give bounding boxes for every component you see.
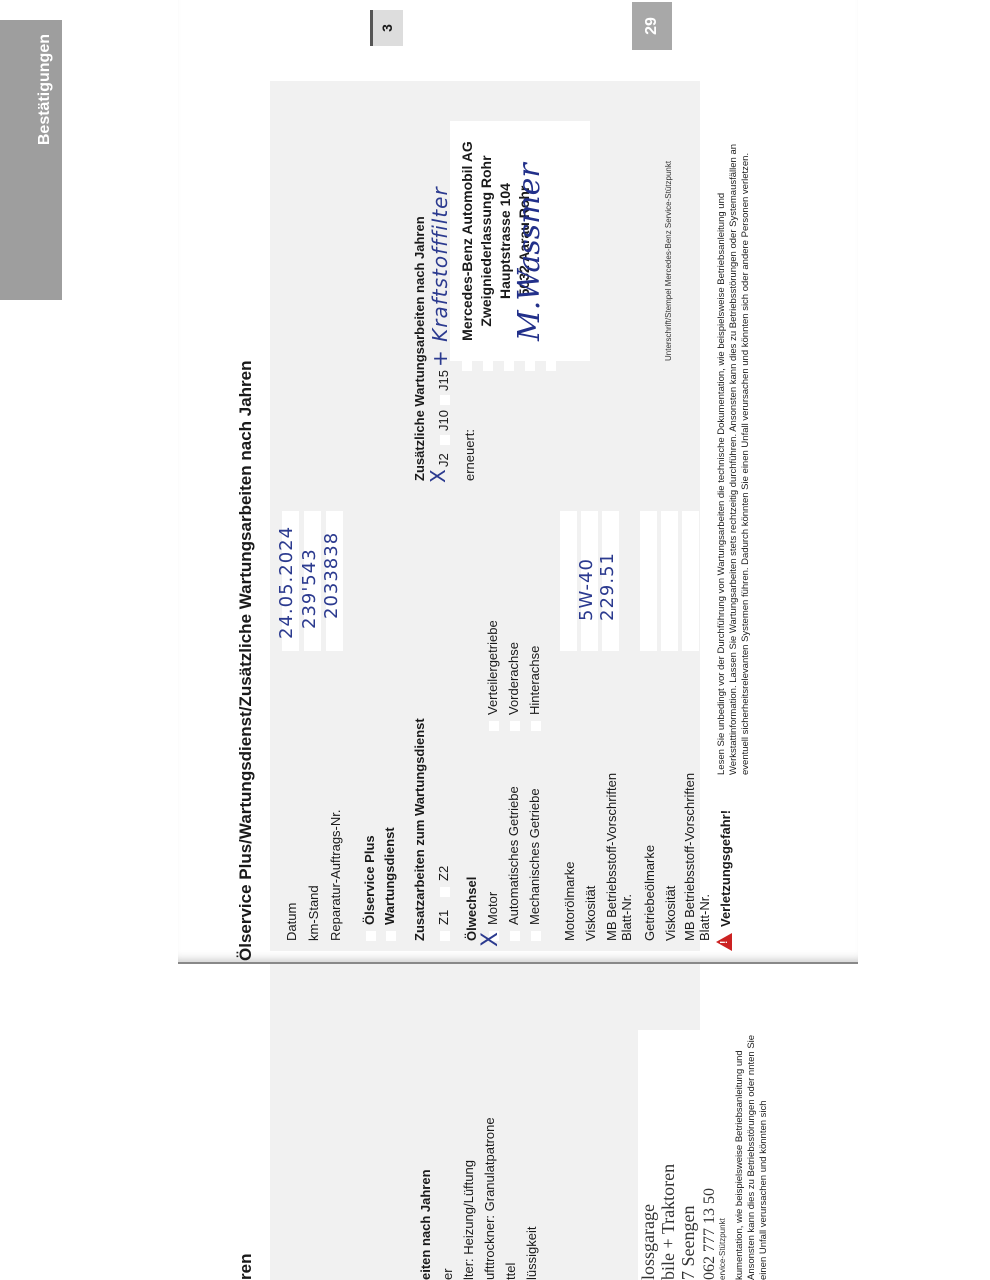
- label-j10: J10: [436, 410, 451, 431]
- warning-title: Verletzungsgefahr!: [718, 810, 733, 927]
- warning-triangle-icon: [716, 933, 732, 951]
- label-km-stand: km-Stand: [306, 885, 321, 941]
- label-auftrags-nr: Reparatur-Auftrags-Nr.: [328, 810, 343, 942]
- luftfilter-checkbox[interactable]: [462, 361, 472, 371]
- stamp-line: Zweigniederlassung Rohr: [477, 121, 496, 361]
- auto-getriebe-checkbox[interactable]: [510, 931, 520, 941]
- section-tab: Bestätigungen: [0, 20, 62, 300]
- oelservice-plus-checkbox[interactable]: [366, 931, 376, 941]
- left-heading-fragment: eiten nach Jahren: [418, 1169, 433, 1280]
- j15-checkbox[interactable]: [440, 395, 450, 405]
- j2-check-mark: X: [426, 468, 450, 483]
- left-item: lüssigkeit: [524, 1227, 539, 1280]
- label-vorderachse: Vorderachse: [506, 642, 521, 715]
- left-item: er: [440, 1268, 455, 1280]
- warning-text: Lesen Sie unbedingt vor der Durchführung…: [716, 135, 752, 775]
- z2-checkbox[interactable]: [440, 887, 450, 897]
- motoroelmarke-field[interactable]: [560, 511, 577, 651]
- scanned-booklet: ren eiten nach Jahren er lter: Heizung/L…: [0, 0, 990, 1280]
- wartungsdienst-checkbox[interactable]: [386, 931, 396, 941]
- datum-value: 24.05.2024: [276, 526, 297, 639]
- motoroel-blatt-value: 229.51: [597, 552, 618, 621]
- auftrags-nr-value: 2033838: [321, 532, 342, 619]
- label-j15: J15: [436, 370, 451, 391]
- label-z1: Z1: [436, 910, 451, 925]
- dealer-stamp: Mercedes-Benz Automobil AG Zweigniederla…: [450, 121, 590, 361]
- chapter-tab: 3: [370, 10, 403, 46]
- label-wartungsdienst: Wartungsdienst: [382, 827, 397, 925]
- left-item: ttel: [503, 1263, 518, 1280]
- left-stamp-caption: ervice-Stützpunkt: [718, 1218, 727, 1280]
- label-motor: Motor: [485, 892, 500, 925]
- label-datum: Datum: [284, 903, 299, 941]
- page-title: Ölservice Plus/Wartungsdienst/Zusätzlich…: [236, 0, 256, 961]
- zusaetzliche-heading: Zusätzliche Wartungsarbeiten nach Jahren: [412, 216, 427, 481]
- label-motoroelmarke: Motorölmarke: [562, 862, 577, 941]
- zusatzarbeiten-heading: Zusatzarbeiten zum Wartungsdienst: [412, 718, 427, 941]
- left-stamp-phone: 062 777 13 50: [700, 1188, 720, 1280]
- oelwechsel-heading: Ölwechsel: [464, 877, 479, 941]
- handwritten-note: + Kraftstofffilter: [428, 186, 452, 367]
- label-z2: Z2: [436, 866, 451, 881]
- z1-checkbox[interactable]: [440, 931, 450, 941]
- label-j2: J2: [436, 453, 451, 467]
- label-hinterachse: Hinterachse: [527, 646, 542, 715]
- left-item: lter: Heizung/Lüftung: [461, 1160, 476, 1280]
- left-warning-fragment: kumentation, wie beispielsweise Betriebs…: [734, 1010, 770, 1280]
- label-motoroel-viskositaet: Viskosität: [583, 886, 598, 941]
- left-page: ren eiten nach Jahren er lter: Heizung/L…: [178, 964, 838, 1280]
- verteilergetriebe-checkbox[interactable]: [489, 721, 499, 731]
- km-stand-value: 239'543: [299, 548, 320, 629]
- motoroel-viskositaet-value: 5W-40: [576, 558, 597, 621]
- label-mech-getriebe: Mechanisches Getriebe: [527, 788, 542, 925]
- label-motoroel-blatt: MB Betriebsstoff-Vorschriften Blatt-Nr.: [604, 771, 634, 941]
- label-getriebeoel-viskositaet: Viskosität: [663, 886, 678, 941]
- left-stamp: lossgarage bile + Traktoren 7 Seengen: [638, 1030, 700, 1280]
- left-title-fragment: ren: [236, 1254, 256, 1280]
- left-item: ufttrockner: Granulatpatrone: [482, 1117, 497, 1280]
- label-oelservice-plus: Ölservice Plus: [362, 835, 377, 925]
- stamp-caption: Unterschrift/Stempel Mercedes-Benz Servi…: [664, 161, 673, 361]
- mech-getriebe-checkbox[interactable]: [531, 931, 541, 941]
- signature: M.Wassmer: [512, 163, 547, 341]
- j10-checkbox[interactable]: [440, 435, 450, 445]
- vorderachse-checkbox[interactable]: [510, 721, 520, 731]
- getriebeoel-blatt-field[interactable]: [682, 511, 699, 651]
- stamp-line: Mercedes-Benz Automobil AG: [458, 121, 477, 361]
- bremsfluessigkeit-checkbox[interactable]: [546, 361, 556, 371]
- label-verteilergetriebe: Verteilergetriebe: [485, 620, 500, 715]
- section-tab-label: Bestätigungen: [36, 34, 54, 145]
- getriebeoel-viskositaet-field[interactable]: [661, 511, 678, 651]
- getriebeoelmarke-field[interactable]: [640, 511, 657, 651]
- label-getriebeoelmarke: Getriebeölmarke: [642, 845, 657, 941]
- label-auto-getriebe: Automatisches Getriebe: [506, 786, 521, 925]
- renewed-label: erneuert:: [462, 429, 477, 481]
- label-getriebeoel-blatt: MB Betriebsstoff-Vorschriften Blatt-Nr.: [682, 771, 712, 941]
- hinterachse-checkbox[interactable]: [531, 721, 541, 731]
- motor-check-mark: X: [478, 931, 503, 947]
- page-number: 29: [632, 2, 672, 50]
- kuehlmittel-checkbox[interactable]: [525, 361, 535, 371]
- right-page: Ölservice Plus/Wartungsdienst/Zusätzlich…: [178, 0, 858, 962]
- staubfilter-checkbox[interactable]: [483, 361, 493, 371]
- drucklufttrockner-checkbox[interactable]: [504, 361, 514, 371]
